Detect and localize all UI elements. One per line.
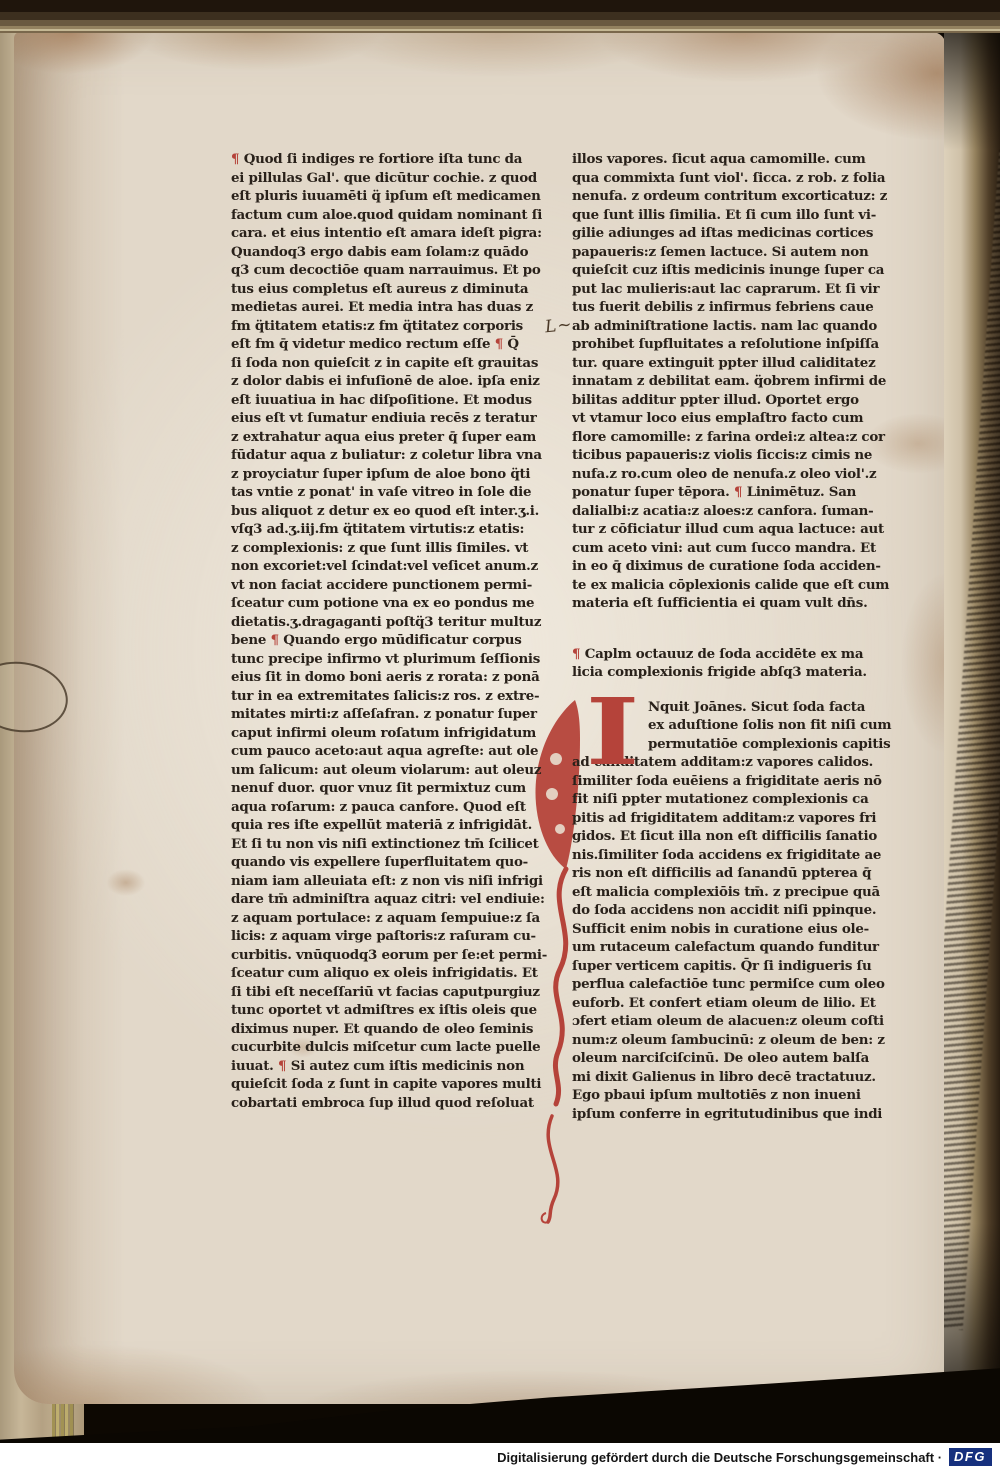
- text-line: gilie adiunges ad iſtas medicinas cortic…: [572, 224, 910, 243]
- text-line: tas vntie z ponat' in vaſe vitreo in ſol…: [231, 483, 569, 502]
- text-line: bus aliquot z detur ex eo quod eſt inter…: [231, 502, 569, 521]
- text-line: tur in ea extremitates ſalicis:z ros. z …: [231, 687, 569, 706]
- text-line: fūdatur aqua z buliatur: z coletur libra…: [231, 446, 569, 465]
- text-line: ſi tibi eſt neceſſariū vt facias caputpu…: [231, 983, 569, 1002]
- text-line: mitates mirti:z aſſeſafran. z ponatur ſu…: [231, 705, 569, 724]
- text-line: tus fuerit debilis z infirmus febriens c…: [572, 298, 910, 317]
- text-line: qua commixta ſunt viol'. ſicca. z rob. z…: [572, 169, 910, 188]
- text-line: prohibet ſupfluitates a reſolutione inſp…: [572, 335, 910, 354]
- text-line: Et ſi tu non vis niſi extinctionez tm̄ ſ…: [231, 835, 569, 854]
- text-line: eſt pluris iuuamēti q̈ ipſum eſt medicam…: [231, 187, 569, 206]
- left-text-column: ¶ Quod ſi indiges re fortiore iſta tunc …: [231, 150, 569, 1112]
- margin-annotation: L~: [544, 315, 573, 338]
- text-line: quieſcit ſoda z ſunt in capite vapores m…: [231, 1075, 569, 1094]
- text-line: oleum narciſciſcinū. De oleo autem balſa: [572, 1049, 910, 1068]
- text-line: z aquam portulace: z aquam ſempuiue:z ſa: [231, 909, 569, 928]
- text-line: Sufficit enim nobis in curatione eius ol…: [572, 920, 910, 939]
- text-line: ſuper verticem capitis. Q̄r ſi indigueri…: [572, 957, 910, 976]
- text-line: in eo q̄ diximus de curatione ſoda accid…: [572, 557, 910, 576]
- text-line: ſi ſoda non quieſcit z in capite eſt gra…: [231, 354, 569, 373]
- text-line: nenuf duor. quor vnuz ſit permixtuz cum: [231, 779, 569, 798]
- text-line: ei pillulas Gal'. que dicūtur cochie. z …: [231, 169, 569, 188]
- text-line: tur z cōficiatur illud cum aqua lactuce:…: [572, 520, 910, 539]
- text-line: bene ¶ Quando ergo mūdificatur corpus: [231, 631, 569, 650]
- text-line: eſt malicia complexiōis tm̄. z precipue …: [572, 883, 910, 902]
- text-line: ipſum conferre in egritutudinibus que in…: [572, 1105, 910, 1124]
- dfg-logo: DFG: [949, 1448, 992, 1466]
- text-line: fit niſi ppter mutationez complexionis c…: [572, 790, 910, 809]
- text-line: Ego pbaui ipſum multotiēs z non inueni: [572, 1086, 910, 1105]
- text-line: vſq3 ad.ʒ.iij.fm q̈titatem virtutis:z et…: [231, 520, 569, 539]
- text-line: cucurbite dulcis miſcetur cum lacte puel…: [231, 1038, 569, 1057]
- text-line: perflua calefactiōe tunc permiſce cum ol…: [572, 975, 910, 994]
- text-line: ticibus papaueris:z violis ſiccis:z cimi…: [572, 446, 910, 465]
- text-line: ɔfert etiam oleum de alacuen:z oleum coſ…: [572, 1012, 910, 1031]
- text-line: flore camomille: z farina ordei:z altea:…: [572, 428, 910, 447]
- text-line: Quandoq3 ergo dabis eam ſolam:z quādo: [231, 243, 569, 262]
- text-line: eius ſit in domo boni aeris z rorata: z …: [231, 668, 569, 687]
- text-line: licis: z aquam virge paſtoris:z raſuram …: [231, 927, 569, 946]
- text-line: tunc oportet vt admiſtres ex iſtis oleis…: [231, 1001, 569, 1020]
- text-line: z extrahatur aqua eius preter q̄ ſuper e…: [231, 428, 569, 447]
- text-line: cobartati embroca ſup illud quod reſolua…: [231, 1094, 569, 1113]
- text-line: aqua roſarum: z pauca canfore. Quod eſt: [231, 798, 569, 817]
- text-line: te ex malicia cōplexionis calide que eſt…: [572, 576, 910, 595]
- top-edge-shadow: [0, 0, 1000, 36]
- text-line: permutatiōe complexionis capitis: [648, 735, 910, 754]
- chapter-heading: ¶ Caplm octauuz de ſoda accidēte ex mali…: [572, 645, 910, 682]
- text-line: um ſalicum: aut oleum violarum: aut oleu…: [231, 761, 569, 780]
- drop-cap-initial: I: [572, 684, 665, 780]
- text-line: medietas aurei. Et media intra has duas …: [231, 298, 569, 317]
- text-line: mi dixit Galienus in libro decē tractatu…: [572, 1068, 910, 1087]
- adjacent-page-edge: [944, 0, 1000, 1443]
- text-line: ſceatur cum potione vna ex eo pondus me: [231, 594, 569, 613]
- text-line: dietatis.ʒ.dragaganti poſtq̈3 teritur mu…: [231, 613, 569, 632]
- text-line: um rutaceum calefactum quando funditur: [572, 938, 910, 957]
- text-line: quia res iſte expellūt materiā z infrigi…: [231, 816, 569, 835]
- text-line: dare tm̄ adminiſtra aquaz citri: vel end…: [231, 890, 569, 909]
- text-line: Nquit Joānes. Sicut ſoda facta: [648, 698, 910, 717]
- text-line: curbitis. vnūquodq3 eorum per ſe:et perm…: [231, 946, 569, 965]
- text-line: q3 cum decoctiōe quam narrauimus. Et po: [231, 261, 569, 280]
- text-line: pitis ad frigiditatem additam:z vapores …: [572, 809, 910, 828]
- text-line: ab adminiſtratione lactis. nam lac quand…: [572, 317, 910, 336]
- text-line: innatam z debilitat eam. q̈obrem infirmi…: [572, 372, 910, 391]
- text-line: put lac mulieris:aut lac caprarum. Et ſi…: [572, 280, 910, 299]
- text-line: caput infirmi oleum roſatum infrigidatum: [231, 724, 569, 743]
- text-line: dalialbi:z acatia:z aloes:z canfora. ſum…: [572, 502, 910, 521]
- text-line: nis.ſimiliter ſoda accidens ex frigidita…: [572, 846, 910, 865]
- text-line: nufa.z ro.cum oleo de nenufa.z oleo viol…: [572, 465, 910, 484]
- footer-credit: Digitalisierung gefördert durch die Deut…: [497, 1450, 942, 1465]
- text-line: ¶ Quod ſi indiges re fortiore iſta tunc …: [231, 150, 569, 169]
- text-line: niam iam alleuiata eſt: z non vis niſi i…: [231, 872, 569, 891]
- text-line: cara. et eius intentio eſt amara ideſt p…: [231, 224, 569, 243]
- initial-paragraph: I Nquit Joānes. Sicut ſoda factaex aduſt…: [572, 698, 910, 1124]
- text-line: illos vapores. ſicut aqua camomille. cum: [572, 150, 910, 169]
- text-line: materia eſt ſufficientia ei quam vult dn…: [572, 594, 910, 613]
- text-line: ¶ Caplm octauuz de ſoda accidēte ex ma: [572, 645, 910, 664]
- text-line: z proyciatur ſuper ipſum de aloe bono q̈…: [231, 465, 569, 484]
- text-line: fm q̈titatem etatis:z fm q̈titatez corpo…: [231, 317, 569, 336]
- text-line: factum cum aloe.quod quidam nominant ſi: [231, 206, 569, 225]
- text-line: diximus nuper. Et quando de oleo ſeminis: [231, 1020, 569, 1039]
- text-line: euforb. Et confert etiam oleum de lilio.…: [572, 994, 910, 1013]
- text-line: ex aduſtione ſolis non fit niſi cum: [648, 716, 910, 735]
- text-line: vt non faciat accidere punctionem permi-: [231, 576, 569, 595]
- text-line: tunc precipe infirmo vt plurimum ſeſſion…: [231, 650, 569, 669]
- digitisation-footer: Digitalisierung gefördert durch die Deut…: [0, 1443, 1000, 1471]
- text-line: eius eſt vt ſumatur endiuia recēs z tera…: [231, 409, 569, 428]
- text-line: nenufa. z ordeum contritum excorticatuz:…: [572, 187, 910, 206]
- text-line: bilitas additur ppter illud. Oportet erg…: [572, 391, 910, 410]
- book-page-scan: ¶ Quod ſi indiges re fortiore iſta tunc …: [0, 0, 1000, 1471]
- text-line: do ſoda accidens non accidit niſi ppinqu…: [572, 901, 910, 920]
- text-line: quando vis expellere ſuperfluitatem quo-: [231, 853, 569, 872]
- text-line: papaueris:z ſemen lactuce. Si autem non: [572, 243, 910, 262]
- text-line: z dolor dabis ei infuſionē de aloe. ipſa…: [231, 372, 569, 391]
- right-text-column: illos vapores. ſicut aqua camomille. cum…: [572, 150, 910, 1123]
- text-line: que ſunt illis ſimilia. Et ſi cum illo ſ…: [572, 206, 910, 225]
- text-line: ſceatur cum aliquo ex oleis infrigidatis…: [231, 964, 569, 983]
- text-line: tur. quare extinguit ppter illud calidit…: [572, 354, 910, 373]
- text-line: ris non eſt difficilis ad ſanandū pptere…: [572, 864, 910, 883]
- adjacent-page-blurred-text: [944, 150, 1000, 1330]
- initial-paragraph-body: ad caliditatem additam:z vapores calidos…: [572, 753, 910, 1123]
- text-line: cum pauco aceto:aut aqua agreſte: aut ol…: [231, 742, 569, 761]
- text-line: ponatur ſuper tēpora. ¶ Linimētuz. San: [572, 483, 910, 502]
- text-line: eſt fm q̄ videtur medico rectum eſſe ¶ Q…: [231, 335, 569, 354]
- text-line: quieſcit cuz iſtis medicinis inunge ſupe…: [572, 261, 910, 280]
- text-line: cum aceto vini: aut cum ſucco mandra. Et: [572, 539, 910, 558]
- text-line: z complexionis: z que ſunt illis ſimiles…: [231, 539, 569, 558]
- text-line: vt vtamur loco eius emplaſtro facto cum: [572, 409, 910, 428]
- text-line: gidos. Et ſicut illa non eſt difficilis …: [572, 827, 910, 846]
- text-line: eſt iuuatiua in hac diſpoſitione. Et mod…: [231, 391, 569, 410]
- text-line: iuuat. ¶ Si autez cum iſtis medicinis no…: [231, 1057, 569, 1076]
- text-line: num:z oleum ſambucinū: z oleum de ben: z: [572, 1031, 910, 1050]
- right-column-paragraph: illos vapores. ſicut aqua camomille. cum…: [572, 150, 910, 613]
- text-line: non excoriet:vel ſcindat:vel veſicet anu…: [231, 557, 569, 576]
- text-line: tus eius completus eſt aureus z diminuta: [231, 280, 569, 299]
